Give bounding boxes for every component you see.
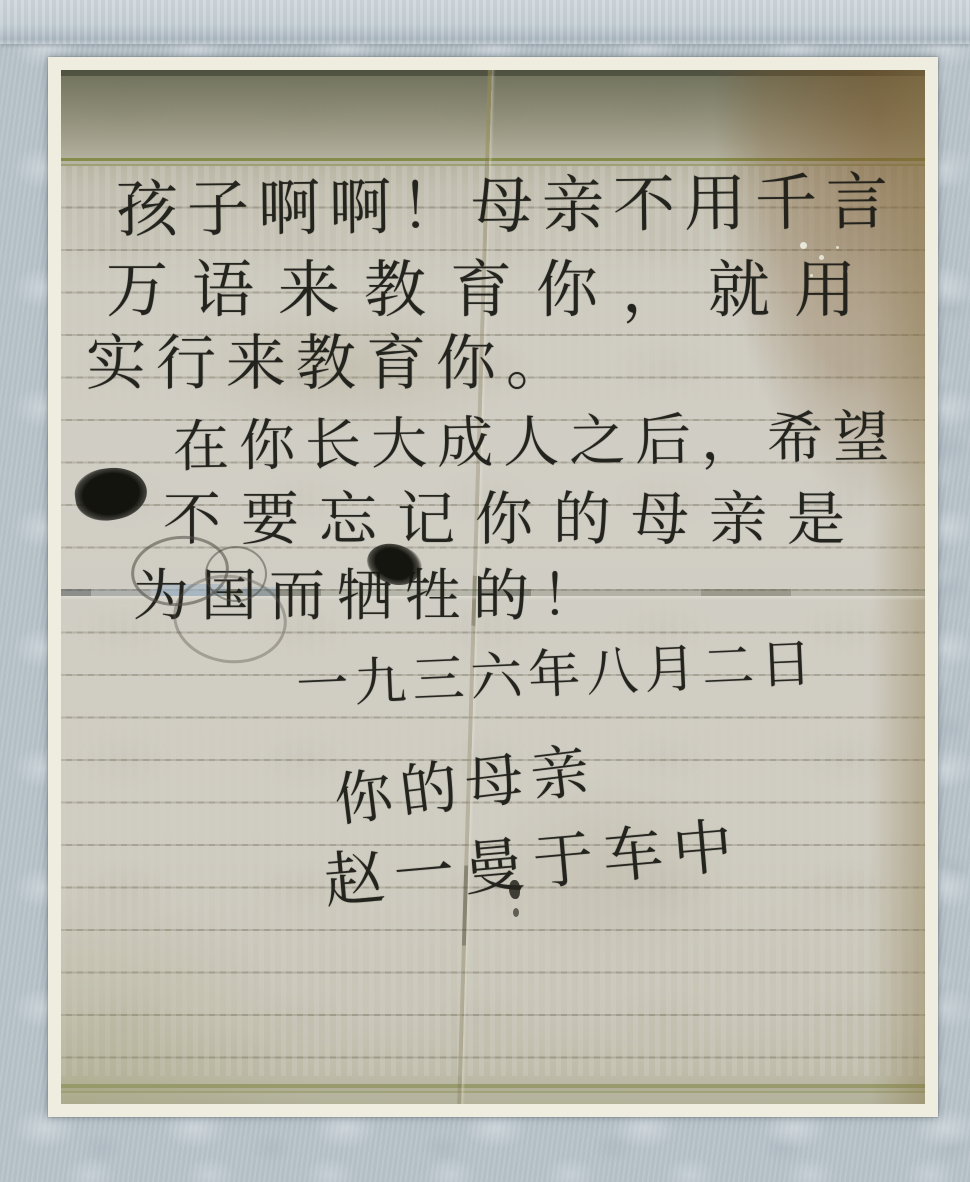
corner-tint-bottom-left (61, 884, 321, 1104)
framed-letter-photo: 孩子啊啊！母亲不用千言 万语来教育你，就用 实行来教育你。 在你长大成人之后，希… (0, 0, 970, 1182)
letter-line-1: 孩子啊啊！母亲不用千言 (116, 152, 898, 249)
crease-dark-spot (513, 908, 519, 917)
crease-dark-spot (509, 880, 520, 899)
letter-line-3: 实行来教育你。 (86, 316, 576, 402)
letter-line-5: 不要忘记你的母亲是 (163, 472, 865, 556)
photo-white-border: 孩子啊啊！母亲不用千言 万语来教育你，就用 实行来教育你。 在你长大成人之后，希… (48, 57, 938, 1117)
fabric-mat-top-seam (0, 0, 970, 44)
letter-paper: 孩子啊啊！母亲不用千言 万语来教育你，就用 实行来教育你。 在你长大成人之后，希… (61, 70, 925, 1104)
letter-line-4: 在你长大成人之后，希望 (172, 393, 899, 483)
